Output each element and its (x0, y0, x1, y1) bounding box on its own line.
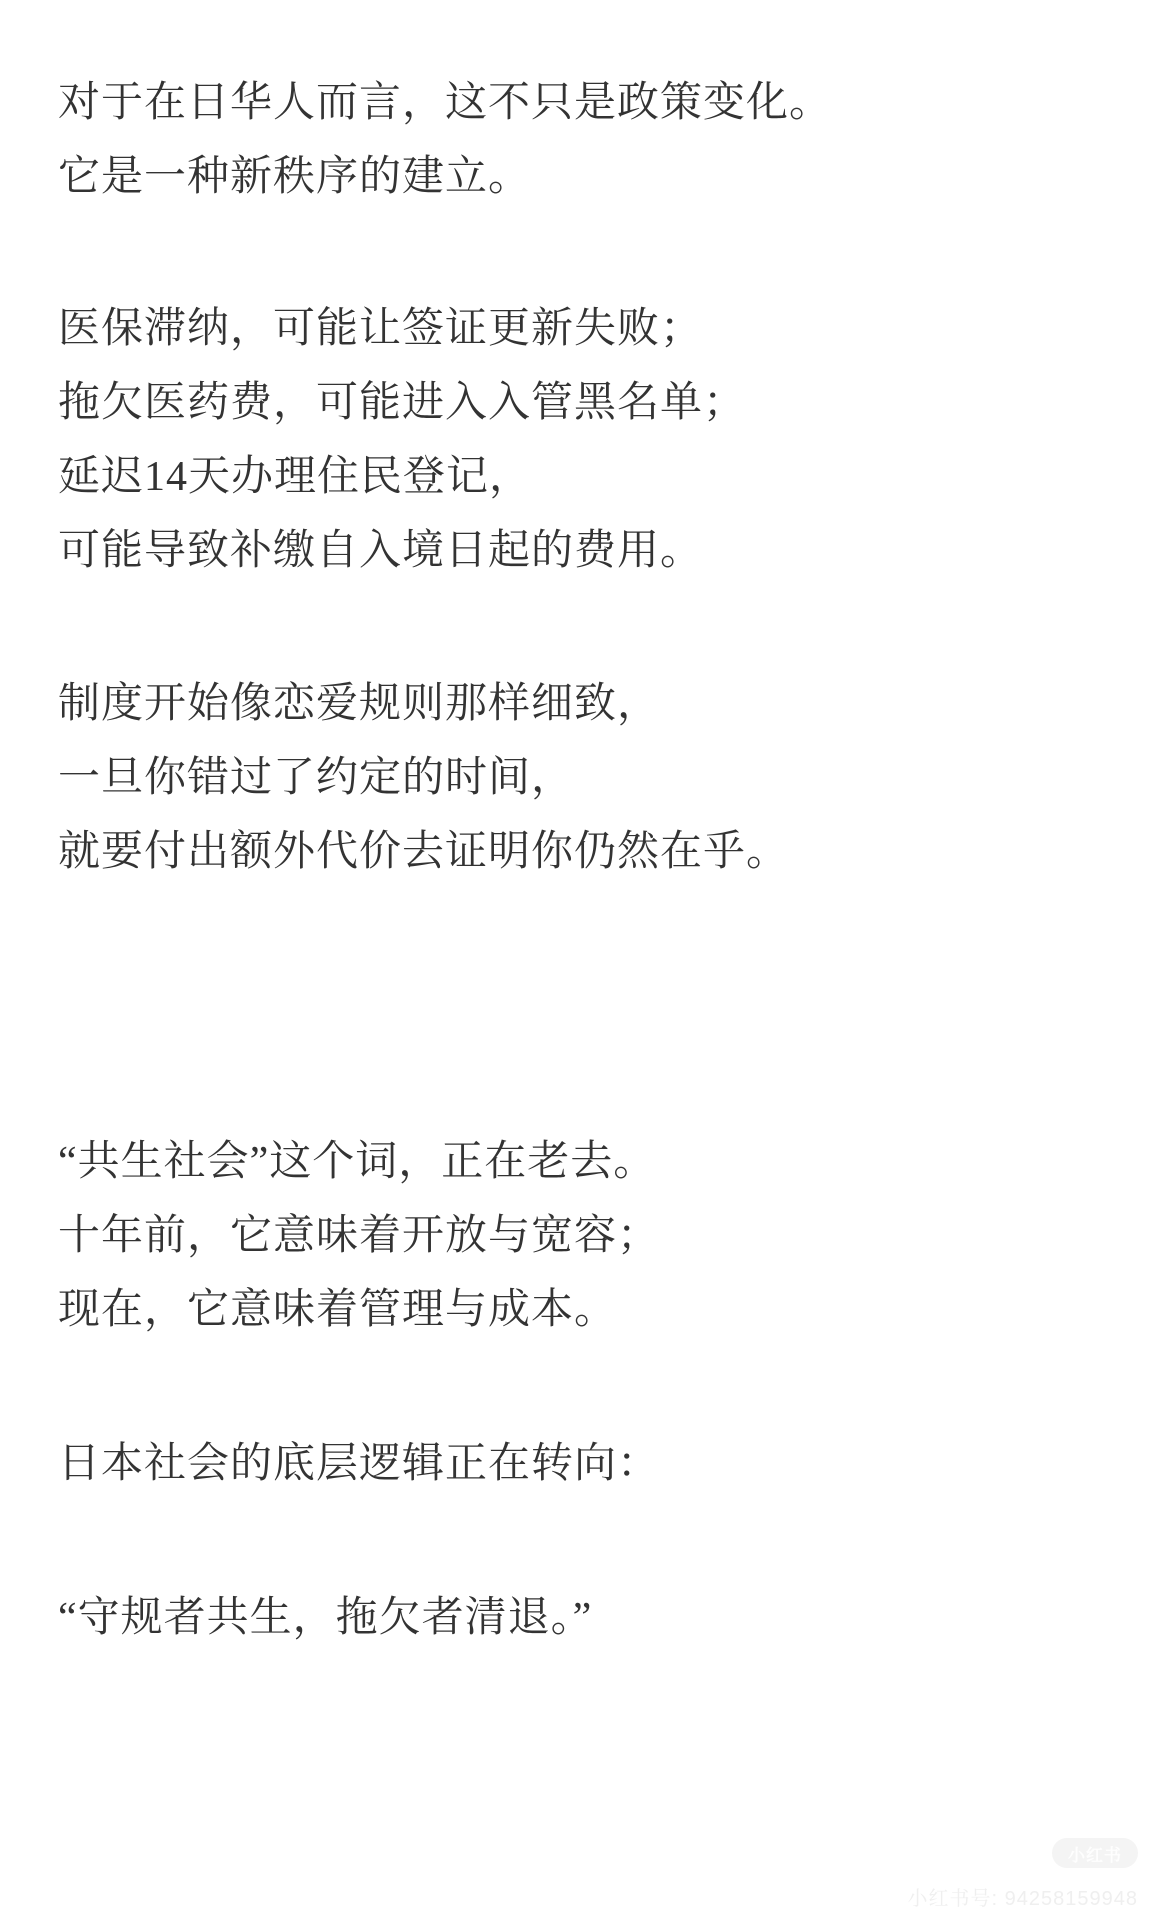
paragraph-metaphor: 制度开始像恋爱规则那样细致， 一旦你错过了约定的时间， 就要付出额外代价去证明你… (58, 667, 1112, 889)
text-line: 它是一种新秩序的建立。 (58, 140, 1112, 214)
paragraph-consequences: 医保滞纳，可能让签证更新失败； 拖欠医药费，可能进入入管黑名单； 延迟14天办理… (58, 292, 1112, 588)
text-line: 医保滞纳，可能让签证更新失败； (58, 292, 1112, 366)
paragraph-quote: “守规者共生，拖欠者清退。” (58, 1581, 1112, 1655)
text-line: 就要付出额外代价去证明你仍然在乎。 (58, 815, 1112, 889)
text-line: 制度开始像恋爱规则那样细致， (58, 667, 1112, 741)
text-line: “共生社会”这个词，正在老去。 (58, 1125, 1112, 1199)
xiaohongshu-badge: 小红书 (1052, 1838, 1138, 1868)
text-line: 现在，它意味着管理与成本。 (58, 1273, 1112, 1347)
text-line: 可能导致补缴自入境日起的费用。 (58, 514, 1112, 588)
xiaohongshu-badge-label: 小红书 (1068, 1841, 1122, 1866)
text-line: 日本社会的底层逻辑正在转向： (58, 1427, 1112, 1501)
text-line: 十年前，它意味着开放与宽容； (58, 1199, 1112, 1273)
paragraph-logic: 日本社会的底层逻辑正在转向： (58, 1427, 1112, 1501)
text-line: “守规者共生，拖欠者清退。” (58, 1581, 1112, 1655)
text-line: 拖欠医药费，可能进入入管黑名单； (58, 366, 1112, 440)
essay-page: 对于在日华人而言，这不只是政策变化。 它是一种新秩序的建立。 医保滞纳，可能让签… (0, 0, 1152, 1920)
paragraph-society: “共生社会”这个词，正在老去。 十年前，它意味着开放与宽容； 现在，它意味着管理… (58, 1125, 1112, 1347)
text-line: 对于在日华人而言，这不只是政策变化。 (58, 66, 1112, 140)
paragraph-intro: 对于在日华人而言，这不只是政策变化。 它是一种新秩序的建立。 (58, 66, 1112, 214)
text-line: 延迟14天办理住民登记， (58, 440, 1112, 514)
text-line: 一旦你错过了约定的时间， (58, 741, 1112, 815)
xiaohongshu-id-watermark: 小红书号: 94258159948 (908, 1882, 1138, 1911)
